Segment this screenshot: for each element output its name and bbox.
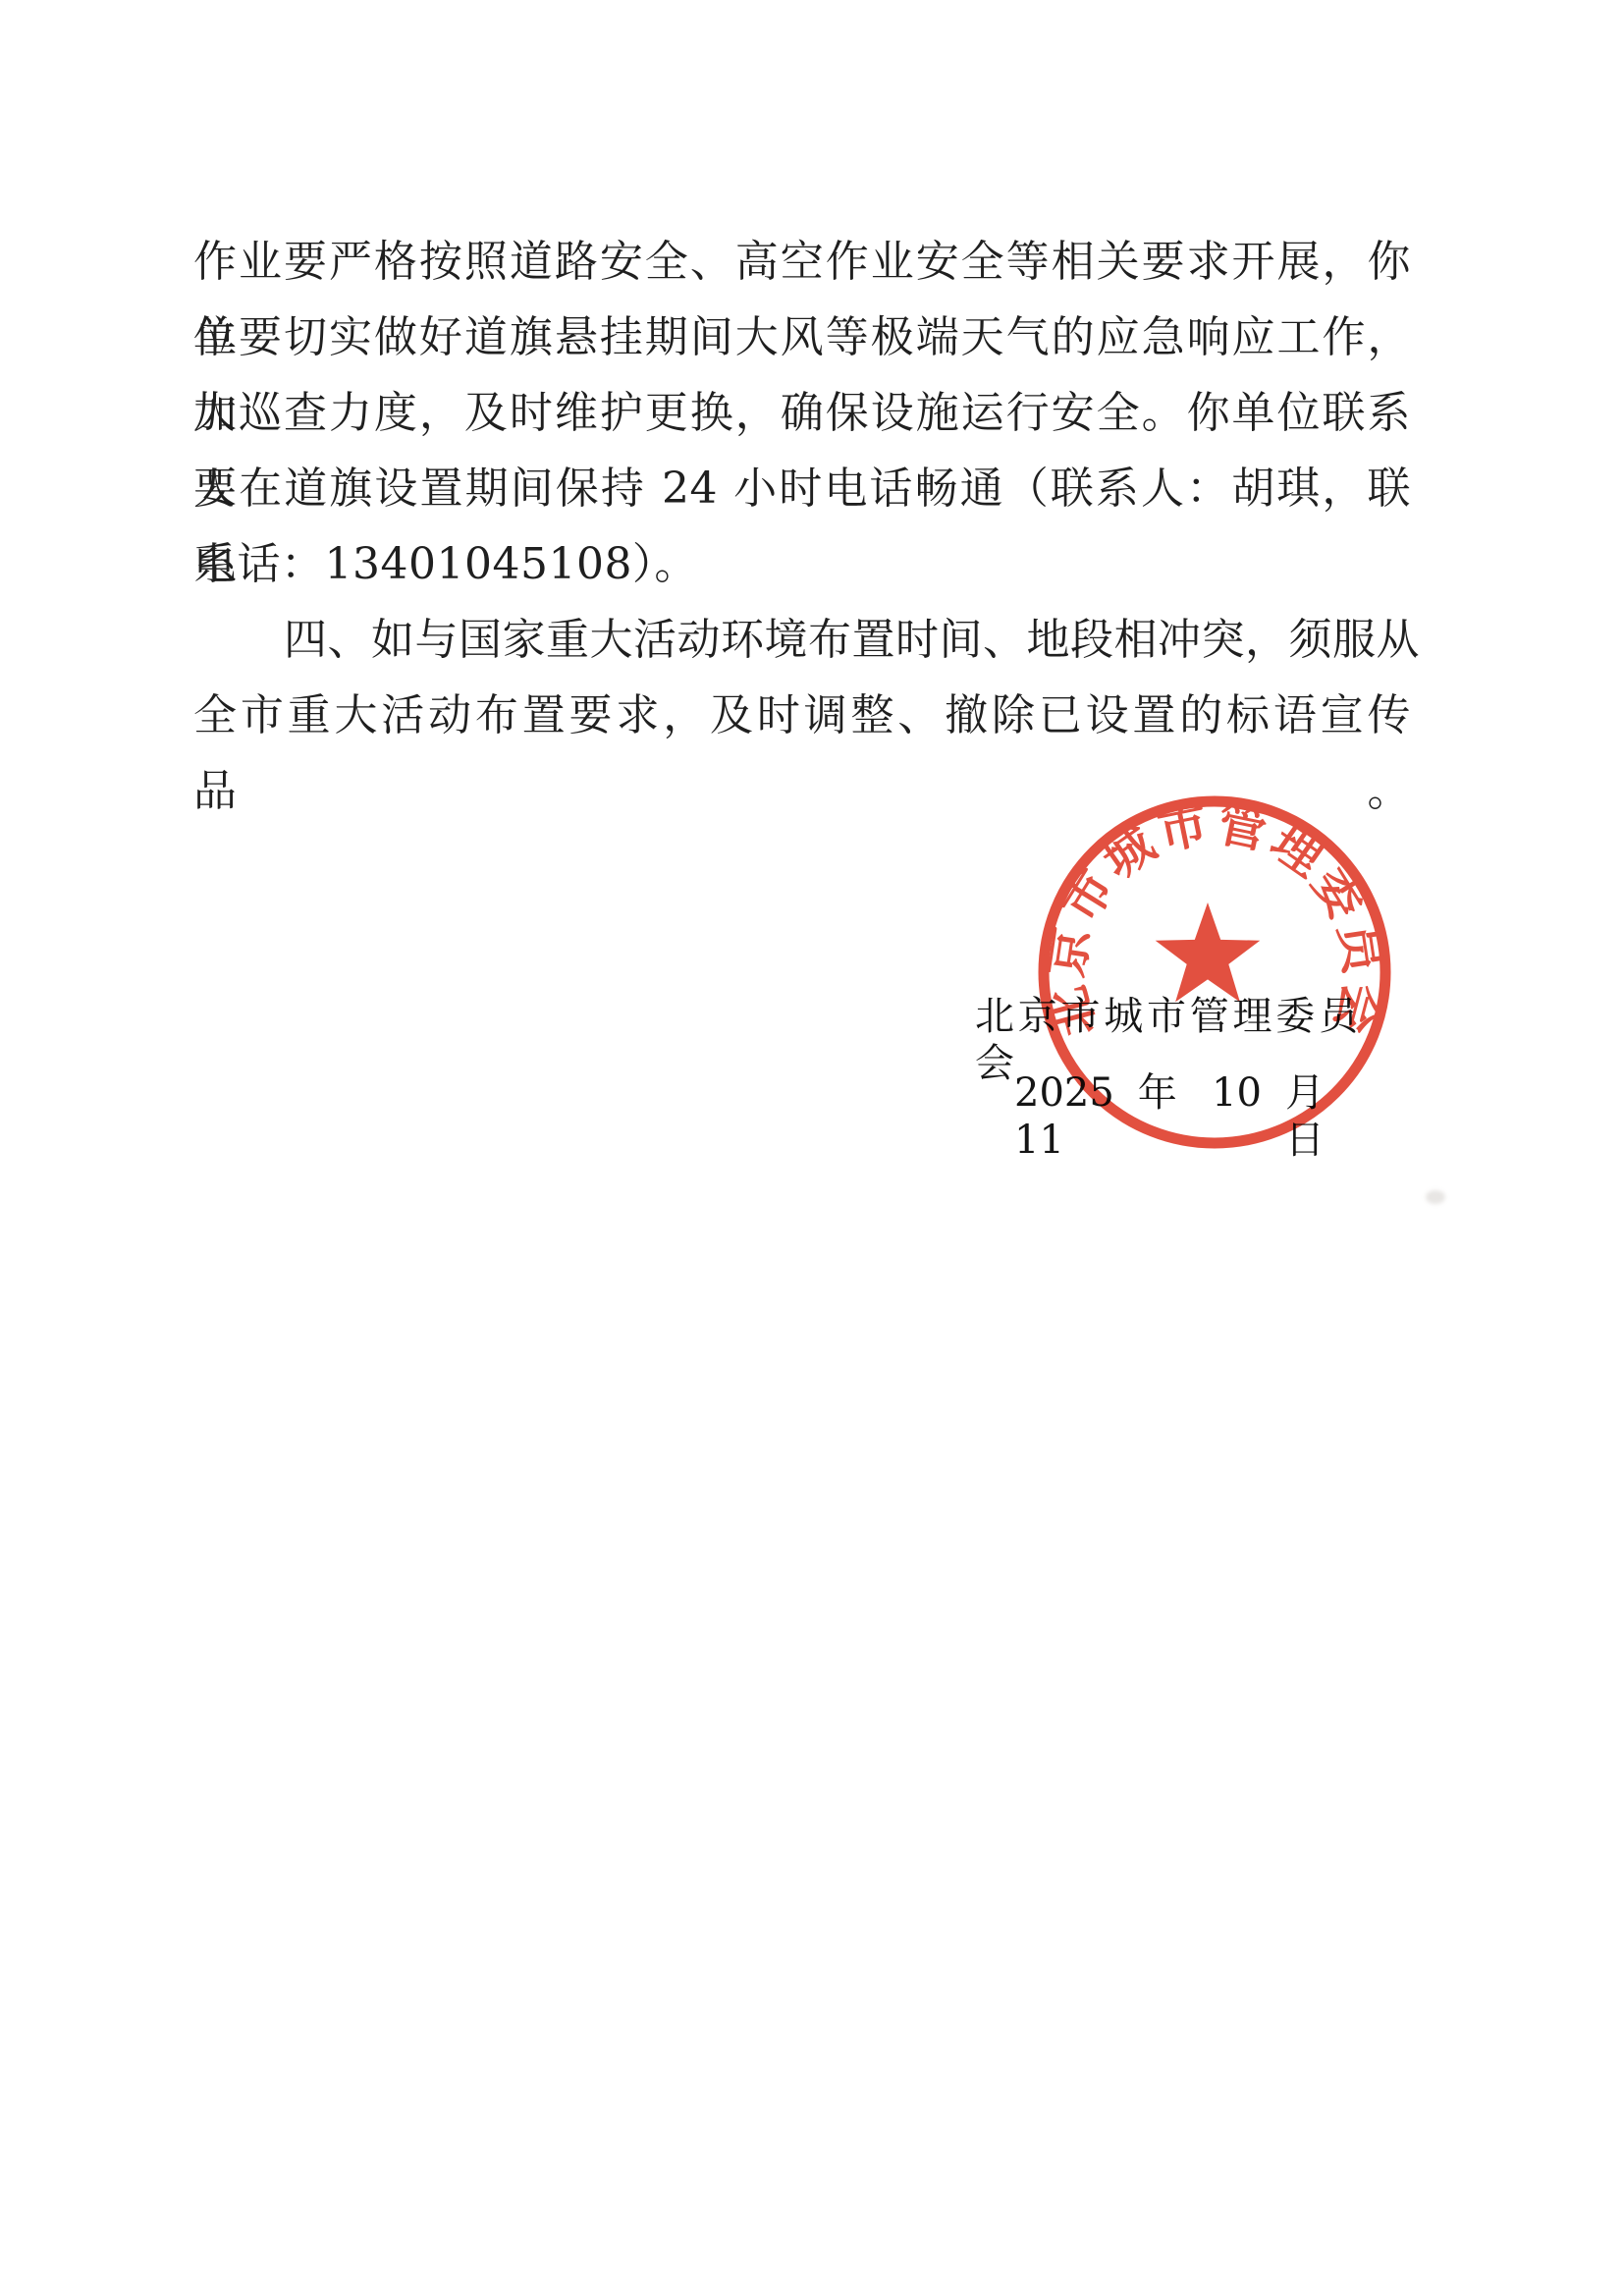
body-text: 作业要严格按照道路安全、高空作业安全等相关要求开展，你单 位要切实做好道旗悬挂期… (193, 224, 1411, 753)
seal-arc-textpath: 北京市城市管理委员会 (1036, 793, 1393, 1043)
body-line: 电话：13401045108）。 (193, 526, 1411, 602)
document-page: 作业要严格按照道路安全、高空作业安全等相关要求开展，你单 位要切实做好道旗悬挂期… (0, 0, 1623, 2296)
body-line: 作业要严格按照道路安全、高空作业安全等相关要求开展，你单 (193, 224, 1411, 300)
body-line: 全市重大活动布置要求，及时调整、撤除已设置的标语宣传品。 (193, 678, 1411, 753)
seal-star-icon (1156, 902, 1261, 1002)
seal-arc-text: 北京市城市管理委员会 (1036, 793, 1393, 1043)
body-line: 要在道旗设置期间保持 24 小时电话畅通（联系人：胡琪，联系 (193, 451, 1411, 526)
body-line: 位要切实做好道旗悬挂期间大风等极端天气的应急响应工作，加 (193, 300, 1411, 375)
body-line: 大巡查力度，及时维护更换，确保设施运行安全。你单位联系人 (193, 375, 1411, 451)
scan-smudge (1426, 1190, 1445, 1204)
official-seal: 北京市城市管理委员会 (1028, 786, 1401, 1159)
body-line: 四、如与国家重大活动环境布置时间、地段相冲突，须服从 (193, 602, 1411, 678)
